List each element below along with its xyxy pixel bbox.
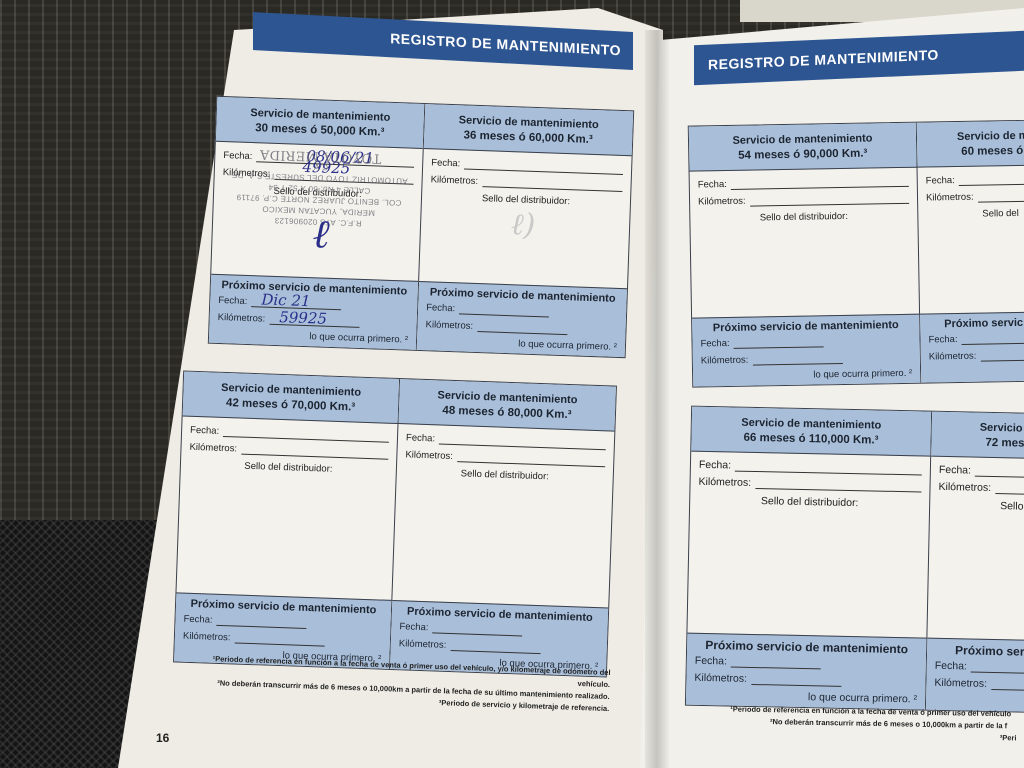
km-label: Kilómetros: — [430, 174, 478, 187]
next-fecha-label: Fecha: — [218, 295, 247, 307]
service-header: Servicio d 72 mese — [931, 412, 1024, 461]
next-fecha-label: Fecha: — [695, 655, 727, 668]
service-48-months: Servicio de mantenimiento 48 meses ó 80,… — [390, 379, 616, 676]
service-60-months: Servicio de m 60 meses ó Fecha: Kilómetr… — [917, 119, 1024, 382]
next-fecha-label: Fecha: — [935, 660, 967, 673]
next-km-field[interactable]: Kilómetros: — [701, 351, 912, 367]
fecha-field[interactable]: Fecha: — [406, 431, 606, 450]
service-30-months: Servicio de mantenimiento 30 meses ó 50,… — [209, 97, 425, 350]
next-km-label: Kilómetros: — [701, 355, 749, 367]
fecha-field[interactable]: Fecha: — [698, 175, 909, 191]
service-72-months: Servicio d 72 mese Fecha: Kilómetros: Se… — [926, 412, 1024, 714]
fecha-label: Fecha: — [698, 179, 727, 191]
next-km-label: Kilómetros: — [218, 312, 266, 325]
km-field[interactable]: Kilómetros: — [430, 173, 622, 192]
right-block-2: Servicio de mantenimiento 66 meses ó 110… — [685, 406, 1024, 715]
service-body: Fecha: Kilómetros: Sello del — [918, 164, 1024, 313]
next-km-field[interactable]: Kilómetros: — [929, 347, 1024, 362]
km-label: Kilómetros: — [405, 449, 453, 462]
fecha-label: Fecha: — [190, 425, 219, 437]
service-body: Fecha: Kilómetros: Sello del distribuido… — [176, 417, 397, 600]
next-km-label: Kilómetros: — [929, 351, 977, 363]
service-42-months: Servicio de mantenimiento 42 meses ó 70,… — [174, 372, 400, 669]
service-36-months: Servicio de mantenimiento 36 meses ó 60,… — [417, 104, 633, 357]
sello-label: Sello — [938, 499, 1024, 514]
service-interval: 60 meses ó — [921, 142, 1024, 160]
km-label: Kilómetros: — [189, 442, 237, 455]
next-title: Próximo servicio de mantenimiento — [695, 638, 918, 657]
sello-label: Sello del distribuidor: — [189, 459, 388, 477]
next-fecha-label: Fecha: — [399, 621, 428, 633]
handwritten-next-km: 59925 — [279, 308, 327, 328]
km-field[interactable]: Kilómetros: — [938, 481, 1024, 496]
right-banner-title: REGISTRO DE MANTENIMIENTO — [708, 47, 939, 73]
fecha-field[interactable]: Fecha: — [190, 424, 389, 443]
sello-label: Sello del — [926, 206, 1024, 220]
km-label: Kilómetros: — [926, 192, 974, 204]
service-body: Fecha: Kilómetros: Sello del distribuido… — [419, 149, 631, 288]
next-km-label: Kilómetros: — [399, 638, 447, 651]
service-header: Servicio de mantenimiento 48 meses ó 80,… — [398, 379, 615, 432]
service-header: Servicio de mantenimiento 66 meses ó 110… — [691, 407, 931, 457]
fecha-label: Fecha: — [406, 432, 435, 444]
fecha-label: Fecha: — [431, 157, 460, 169]
next-km-label: Kilómetros: — [934, 677, 987, 690]
service-body: Fecha: Kilómetros: Sello — [927, 457, 1024, 642]
service-header: Servicio de mantenimiento 30 meses ó 50,… — [216, 97, 424, 149]
next-title: Próximo ser — [935, 643, 1024, 660]
service-body: Fecha: Kilómetros: Sello del distribuido… — [392, 424, 614, 607]
km-field[interactable]: Kilómetros: — [698, 476, 921, 493]
fecha-field[interactable]: Fecha: — [939, 464, 1024, 479]
next-service: Próximo servicio de mantenimiento Fecha:… — [209, 274, 418, 350]
fecha-field[interactable]: Fecha: — [699, 459, 922, 476]
km-field[interactable]: Kilómetros: — [405, 448, 605, 467]
next-note: lo que ocurra primero. ² — [694, 689, 917, 706]
right-footnotes: ¹Periodo de referencia en función a la f… — [730, 703, 1024, 744]
next-km-field[interactable]: Kilómetros: 59925 — [218, 311, 409, 330]
left-block-2: Servicio de mantenimiento 42 meses ó 70,… — [173, 371, 617, 678]
next-km-label: Kilómetros: — [183, 631, 231, 644]
km-label: Kilómetros: — [698, 476, 751, 489]
next-fecha-field[interactable]: Fecha: — [426, 301, 618, 320]
service-interval: 72 mese — [935, 435, 1024, 454]
km-field[interactable]: Kilómetros: — [698, 192, 909, 208]
left-block-1: Servicio de mantenimiento 30 meses ó 50,… — [208, 96, 634, 358]
fecha-label: Fecha: — [926, 175, 955, 187]
next-title: Próximo servic — [928, 315, 1024, 330]
next-service: Próximo ser Fecha: Kilómetros: — [926, 638, 1024, 714]
km-field[interactable]: Kilómetros: — [189, 441, 388, 460]
sello-label: Sello del distribuidor: — [430, 191, 622, 209]
next-km-label: Kilómetros: — [425, 319, 473, 332]
next-km-field[interactable]: Kilómetros: — [183, 630, 382, 649]
left-banner-title: REGISTRO DE MANTENIMIENTO — [390, 30, 621, 58]
next-fecha-label: Fecha: — [928, 334, 957, 346]
right-block-1: Servicio de mantenimiento 54 meses ó 90,… — [688, 118, 1024, 387]
service-title: Servicio de m — [921, 127, 1024, 145]
sello-label: Sello del distribuidor: — [698, 494, 921, 511]
next-km-field[interactable]: Kilómetros: — [934, 677, 1024, 692]
next-km-field[interactable]: Kilómetros: — [399, 637, 599, 656]
next-fecha-field[interactable]: Fecha: — [700, 334, 911, 350]
next-note: lo que ocurra primero. ² — [701, 368, 912, 383]
faint-signature-icon: ℓ) — [511, 207, 536, 243]
next-service: Próximo servicio de mantenimiento Fecha:… — [686, 633, 926, 710]
km-label: Kilómetros: — [698, 196, 746, 208]
next-service: Próximo servicio de mantenimiento Fecha:… — [417, 281, 627, 357]
service-66-months: Servicio de mantenimiento 66 meses ó 110… — [686, 407, 932, 710]
km-label: Kilómetros: — [938, 481, 991, 494]
next-fecha-label: Fecha: — [426, 302, 455, 314]
service-body: Fecha: Kilómetros: Sello del distribuido… — [690, 168, 920, 318]
sello-label: Sello del distribuidor: — [698, 210, 909, 225]
fecha-label: Fecha: — [699, 459, 731, 472]
next-fecha-label: Fecha: — [700, 338, 729, 350]
service-body: Fecha: 08/06/21 Kilómetros: 49925 Sello … — [211, 142, 422, 281]
next-km-label: Kilómetros: — [694, 672, 747, 685]
next-fecha-field[interactable]: Fecha: — [935, 660, 1024, 675]
next-km-field[interactable]: Kilómetros: — [425, 318, 617, 337]
next-note: lo que ocurra primero. ² — [217, 328, 408, 346]
next-km-field[interactable]: Kilómetros: — [694, 672, 917, 689]
km-field[interactable]: Kilómetros: — [926, 189, 1024, 204]
booklet-gutter — [645, 30, 669, 768]
signature-icon: ℓ — [312, 210, 330, 258]
fecha-label: Fecha: — [939, 464, 971, 477]
service-header: Servicio de mantenimiento 54 meses ó 90,… — [689, 123, 917, 172]
service-interval: 54 meses ó 90,000 Km.³ — [693, 146, 912, 165]
next-title: Próximo servicio de mantenimiento — [700, 319, 911, 335]
fecha-field[interactable]: Fecha: — [926, 172, 1024, 187]
next-service: Próximo servic Fecha: Kilómetros: — [920, 310, 1024, 382]
next-note: lo que ocurra primero. ² — [425, 335, 617, 353]
fecha-field[interactable]: Fecha: — [431, 156, 623, 175]
service-header: Servicio de mantenimiento 36 meses ó 60,… — [424, 104, 633, 156]
handwritten-next-date: Dic 21 — [261, 290, 311, 310]
next-fecha-label: Fecha: — [183, 614, 212, 626]
page-number: 16 — [156, 731, 169, 745]
service-header: Servicio de m 60 meses ó — [917, 119, 1024, 167]
service-54-months: Servicio de mantenimiento 54 meses ó 90,… — [689, 123, 922, 387]
next-fecha-field[interactable]: Fecha: — [695, 655, 918, 672]
next-service: Próximo servicio de mantenimiento Fecha:… — [692, 314, 920, 387]
service-body: Fecha: Kilómetros: Sello del distribuido… — [687, 452, 930, 638]
service-header: Servicio de mantenimiento 42 meses ó 70,… — [183, 372, 399, 424]
next-fecha-field[interactable]: Fecha: — [928, 330, 1024, 345]
sello-label: Sello del distribuidor: — [405, 466, 605, 484]
